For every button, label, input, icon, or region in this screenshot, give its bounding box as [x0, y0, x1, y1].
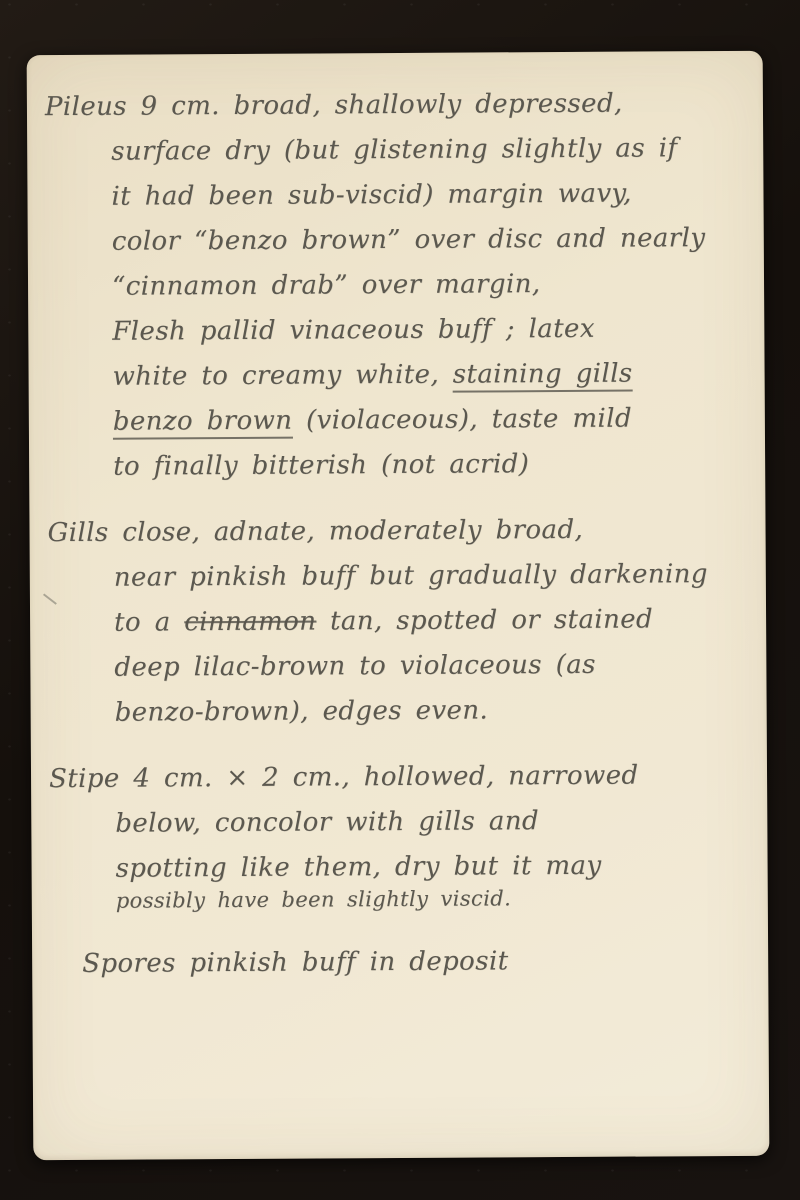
handwriting-line: surface dry (but glistening slightly as … [37, 126, 753, 175]
handwriting-line: to finally bitterish (not acrid) [39, 441, 755, 490]
handwriting-line: Flesh pallid vinaceous buff ; latex [38, 306, 754, 355]
handwriting-segment: color “benzo brown” over disc and nearly [112, 223, 706, 257]
note-card: Pileus 9 cm. broad, shallowly depressed,… [27, 51, 770, 1160]
handwriting-line: color “benzo brown” over disc and nearly [38, 216, 754, 265]
handwriting-line: near pinkish buff but gradually darkenin… [40, 552, 756, 601]
handwriting-segment: benzo brown [113, 406, 293, 440]
handwriting-segment: (violaceous), taste mild [292, 404, 632, 436]
handwriting-segment: it had been sub-viscid) margin wavy, [111, 179, 631, 212]
handwriting-segment: surface dry (but glistening slightly as … [111, 133, 677, 166]
handwriting-segment: to a [114, 607, 184, 637]
handwriting-line: Pileus 9 cm. broad, shallowly depressed, [37, 81, 753, 130]
handwriting-segment: Pileus 9 cm. broad, shallowly depressed, [45, 89, 623, 123]
handwriting-segment: below, concolor with gills and [115, 806, 539, 839]
handwriting-segment: Stipe 4 cm. × 2 cm., hollowed, narrowed [49, 761, 639, 795]
handwriting-line: deep lilac-brown to violaceous (as [40, 642, 756, 691]
photo-background: Pileus 9 cm. broad, shallowly depressed,… [0, 0, 800, 1200]
handwriting-line: it had been sub-viscid) margin wavy, [37, 171, 753, 220]
handwriting-segment: white to creamy white, [113, 360, 453, 392]
handwriting-segment: deep lilac-brown to violaceous (as [114, 650, 596, 683]
handwriting-line: “cinnamon drab” over margin, [38, 261, 754, 310]
handwriting-line: benzo brown (violaceous), taste mild [39, 396, 755, 445]
handwriting-line: Spores pinkish buff in deposit [42, 938, 758, 987]
handwriting-segment: staining gills [453, 359, 633, 393]
handwriting-segment: near pinkish buff but gradually darkenin… [114, 559, 708, 593]
handwriting-line: Gills close, adnate, moderately broad, [39, 507, 755, 556]
handwriting-line: below, concolor with gills and [41, 798, 757, 847]
handwriting-segment: Gills close, adnate, moderately broad, [47, 515, 583, 548]
handwriting-segment: to finally bitterish (not acrid) [113, 449, 529, 482]
handwriting-segment: benzo-brown), edges even. [115, 695, 489, 727]
handwriting-segment: Spores pinkish buff in deposit [82, 946, 509, 979]
handwriting-text: Pileus 9 cm. broad, shallowly depressed,… [37, 81, 758, 987]
handwriting-line: benzo-brown), edges even. [41, 687, 757, 736]
handwriting-segment: tan, spotted or stained [316, 604, 653, 636]
handwriting-line: possibly have been slightly viscid. [42, 881, 758, 921]
handwriting-segment: “cinnamon drab” over margin, [112, 269, 541, 302]
handwriting-line: white to creamy white, staining gills [38, 351, 754, 400]
handwriting-segment: possibly have been slightly viscid. [116, 886, 512, 912]
handwriting-line: Stipe 4 cm. × 2 cm., hollowed, narrowed [41, 753, 757, 802]
handwriting-segment: cinnamon [184, 606, 316, 637]
handwriting-segment: spotting like them, dry but it may [116, 851, 602, 884]
handwriting-segment: Flesh pallid vinaceous buff ; latex [112, 314, 595, 347]
handwriting-line: to a cinnamon tan, spotted or stained [40, 597, 756, 646]
